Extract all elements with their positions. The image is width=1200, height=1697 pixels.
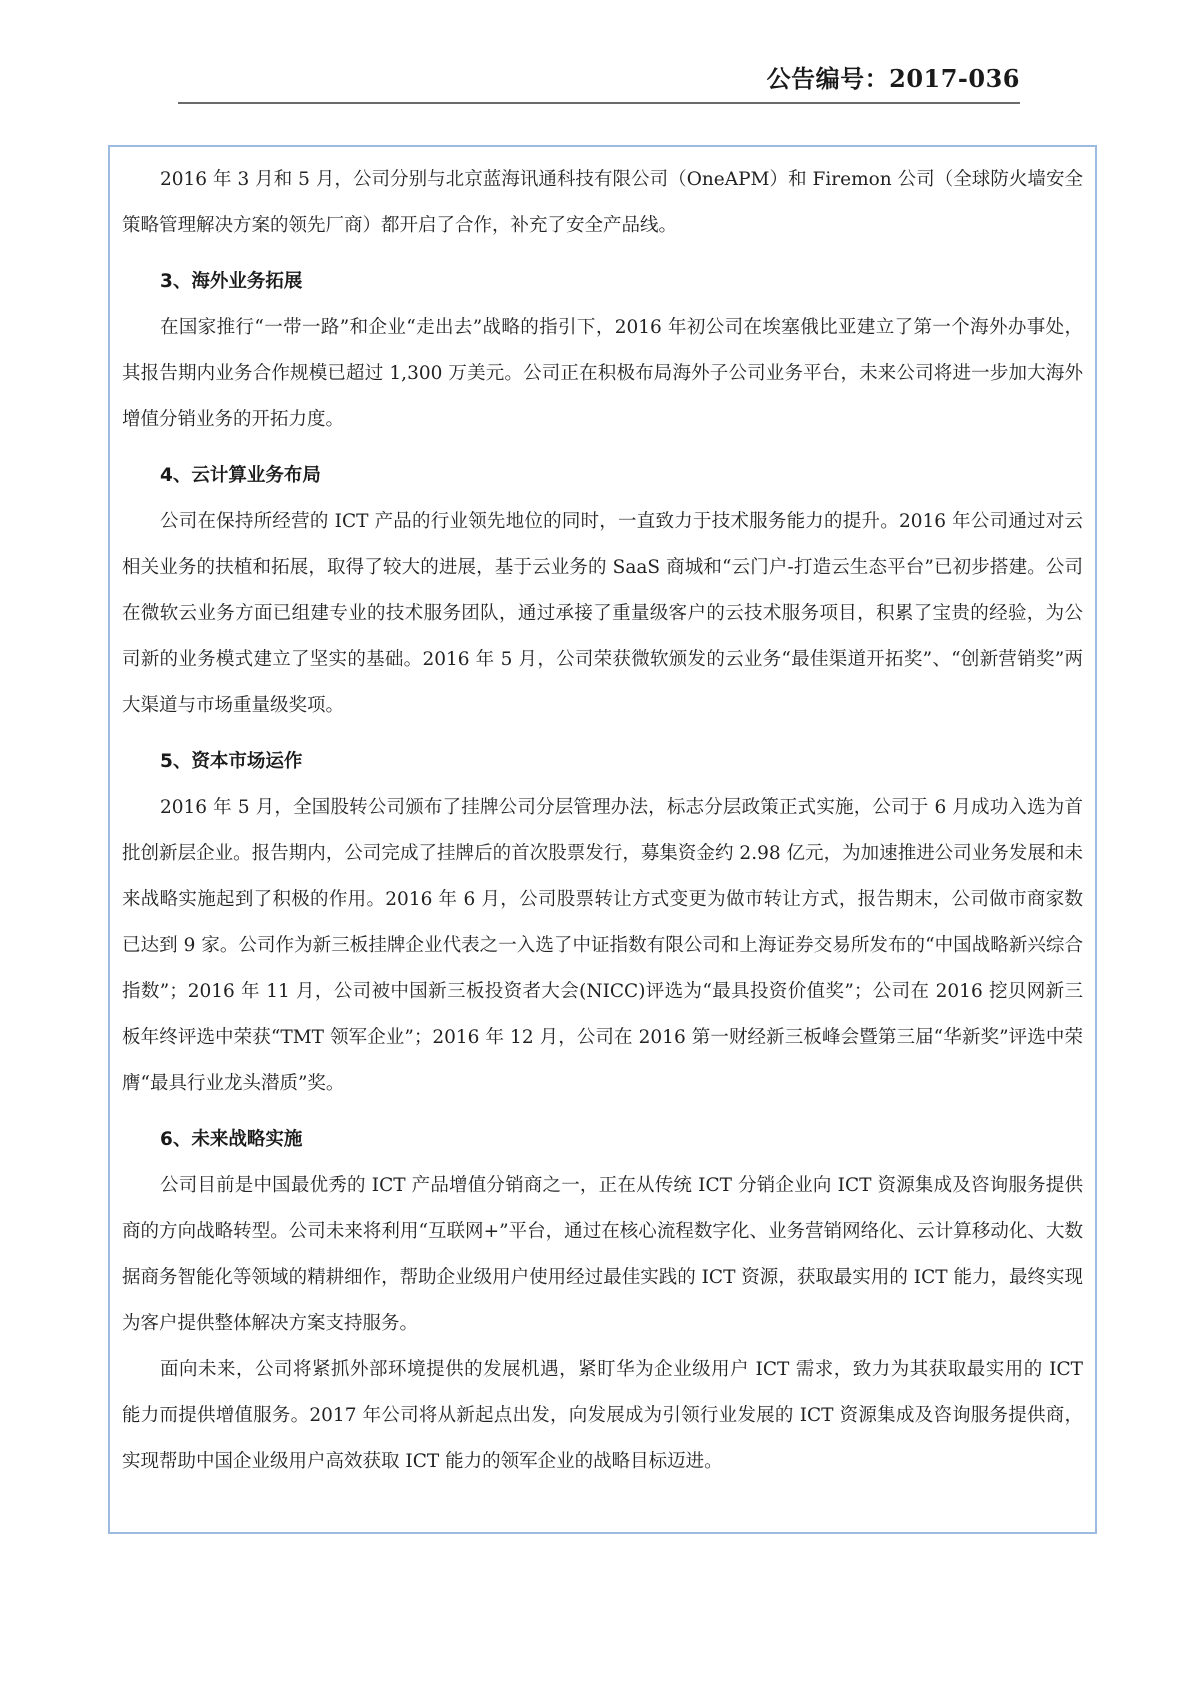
- section-capital-market: 5、资本市场运作 2016 年 5 月，全国股转公司颁布了挂牌公司分层管理办法，…: [122, 739, 1083, 1107]
- paragraph: 公司目前是中国最优秀的 ICT 产品增值分销商之一，正在从传统 ICT 分销企业…: [122, 1163, 1083, 1347]
- paragraph: 在国家推行“一带一路”和企业“走出去”战略的指引下，2016 年初公司在埃塞俄比…: [122, 305, 1083, 443]
- section-overseas-expansion: 3、海外业务拓展 在国家推行“一带一路”和企业“走出去”战略的指引下，2016 …: [122, 259, 1083, 443]
- paragraph: 公司在保持所经营的 ICT 产品的行业领先地位的同时，一直致力于技术服务能力的提…: [122, 499, 1083, 729]
- section-heading: 4、云计算业务布局: [122, 453, 1083, 499]
- paragraph: 2016 年 3 月和 5 月，公司分别与北京蓝海讯通科技有限公司（OneAPM…: [122, 157, 1083, 249]
- section-heading: 5、资本市场运作: [122, 739, 1083, 785]
- section-heading: 6、未来战略实施: [122, 1117, 1083, 1163]
- announcement-number: 公告编号：2017-036: [767, 59, 1020, 94]
- document-header: 公告编号：2017-036: [178, 64, 1020, 104]
- section-intro: 2016 年 3 月和 5 月，公司分别与北京蓝海讯通科技有限公司（OneAPM…: [122, 157, 1083, 249]
- paragraph: 面向未来，公司将紧抓外部环境提供的发展机遇，紧盯华为企业级用户 ICT 需求，致…: [122, 1347, 1083, 1485]
- section-cloud-computing: 4、云计算业务布局 公司在保持所经营的 ICT 产品的行业领先地位的同时，一直致…: [122, 453, 1083, 729]
- content-box: 2016 年 3 月和 5 月，公司分别与北京蓝海讯通科技有限公司（OneAPM…: [108, 145, 1097, 1534]
- section-future-strategy: 6、未来战略实施 公司目前是中国最优秀的 ICT 产品增值分销商之一，正在从传统…: [122, 1117, 1083, 1485]
- section-heading: 3、海外业务拓展: [122, 259, 1083, 305]
- paragraph: 2016 年 5 月，全国股转公司颁布了挂牌公司分层管理办法，标志分层政策正式实…: [122, 785, 1083, 1107]
